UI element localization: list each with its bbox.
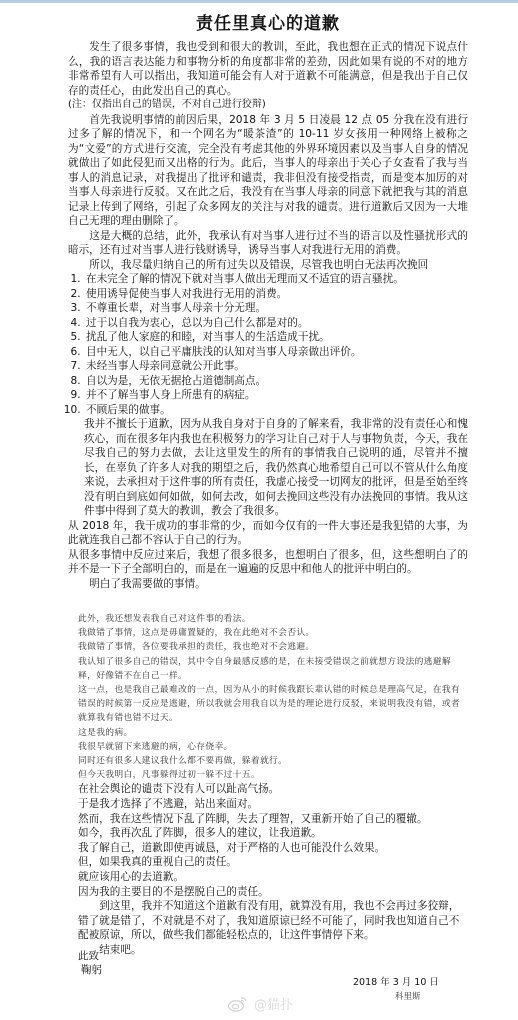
document-date: 2018 年 3 月 10 日 [353,974,439,988]
watermark-text: @猫扑 [254,994,293,1013]
part2-line: 但，如果我真的重视自己的责任。 [78,855,468,870]
signature: 科里斯 [395,990,421,1002]
list-intro: 所以，我尽量归纳自己的所有过失以及错误，尽管我也明白无法再次挽回 [68,258,468,273]
closing-salutation: 此致 [78,949,102,963]
reflection-paragraph: 我并不擅长于道歉，因为从我自身对于自身的了解来看，我非常的没有责任心和愧疚心，而… [84,417,468,519]
since-2018-paragraph: 从 2018 年，我干成功的事非常的少，而如今仅有的一件大事还是我犯错的大事，为… [68,519,468,548]
part2-line: 在社会舆论的谴责下没有人可以趾高气扬。 [78,782,468,797]
fault-item: 过于以自我为衷心，总以为自己什么都是对的。 [84,316,468,331]
top-border [0,0,518,3]
part2-line: 同时还有很多人建议我什么都不要再做，躲着就行。 [78,754,468,768]
part2-line: 但今天我明白，凡事躲得过初一躲不过十五。 [78,768,468,782]
fault-item: 并不了解当事人身上所患有的病症。 [84,388,468,403]
part2-line: 我很早就留下来逃避的病，心存侥幸。 [78,740,468,754]
part2-line: 因为我的主要目的不是摆脱自己的责任。 [78,885,468,900]
background-paragraph: 首先我说明事情的前因后果，2018 年 3 月 5 日凌晨 12 点 05 分我… [68,113,468,229]
part2-line: 此外，我还想发表我自己对这件事的看法。 [78,612,468,626]
part2-line: 我认知了很多自己的错误，其中令自身最感反感的是，在未接受错误之前就想方设法的逃避… [78,655,468,683]
intro-paragraph: 发生了很多事情，我也受到和很大的教训，至此，我也想在正式的情况下说点什么，我的语… [68,40,468,98]
part2-line: 就应该用心的去道歉。 [78,870,468,885]
watermark: @猫扑 [228,994,293,1013]
document-page-2: 此外，我还想发表我自己对这件事的看法。 我做错了事情，这点是毋庸置疑的，我在此绝… [78,612,468,958]
fault-item: 不顾后果的做事。 [84,403,468,418]
understood-paragraph: 从很多事情中反应过来后，我想了很多很多，也想明白了很多，但，这些想明白了的并不是… [68,548,468,577]
part2-line: 我了解自己，道歉即使再诚恳，对于严格的人也可能没什么效果。 [78,841,468,856]
end-line: 结束吧。 [78,943,468,958]
closing-bow: 鞠躬 [78,963,102,977]
closing-block: 此致 鞠躬 [78,949,102,977]
part2-line: 我做错了事情，这点是毋庸置疑的，我在此绝对不会否认。 [78,626,468,640]
part2-line: 这是我的病。 [78,726,468,740]
fault-item: 使用诱导促使当事人对我进行无用的消费。 [84,287,468,302]
fault-item: 扰乱了他人家庭的和睦，对当事人的生活造成干扰。 [84,330,468,345]
part2-line: 这一点，也是我自己最难改的一点，因为从小的时候我跟长辈认错的时候总是理高气足，在… [78,683,468,726]
document-title: 责任里真心的道歉 [68,12,468,36]
weibo-icon [228,996,248,1012]
final-paragraph: 到这里，我并不知道这个道歉有没有用，就算没有用，我也不会再过多狡辩，错了就是错了… [78,899,468,943]
summary-paragraph: 这是大概的总结，此外，我承认有对当事人进行过不当的语言以及性骚扰形式的暗示，还有… [68,229,468,258]
part2-line: 如今，我再次乱了阵脚，很多人的建议，让我道歉。 [78,826,468,841]
fault-item: 未经当事人母亲同意就公开此事。 [84,359,468,374]
faults-list: 在未完全了解的情况下就对当事人做出无理而又不适宜的语言骚扰。 使用诱导促使当事人… [68,272,468,417]
part2-line: 我做错了事情，各位要我承担的责任，我也绝对不会逃避。 [78,640,468,654]
fault-item: 在未完全了解的情况下就对当事人做出无理而又不适宜的语言骚扰。 [84,272,468,287]
fault-item: 不尊重长辈，对当事人母亲十分无理。 [84,301,468,316]
part2-line: 然而，我在这些情况下乱了阵脚，失去了理智，又重新开始了自己的覆辙。 [78,812,468,827]
fault-item: 目中无人，以自己平庸肤浅的认知对当事人母亲做出评价。 [84,345,468,360]
needs-line: 明白了我需要做的事情。 [68,577,468,592]
document-page-1: 责任里真心的道歉 发生了很多事情，我也受到和很大的教训，至此，我也想在正式的情况… [68,8,468,591]
part2-line: 于是我才选择了不逃避，站出来面对。 [78,797,468,812]
fault-item: 自以为是，无依无据抢占道德制高点。 [84,374,468,389]
note-text: (注：仅指出自己的错误，不对自己进行狡辩) [68,98,468,113]
